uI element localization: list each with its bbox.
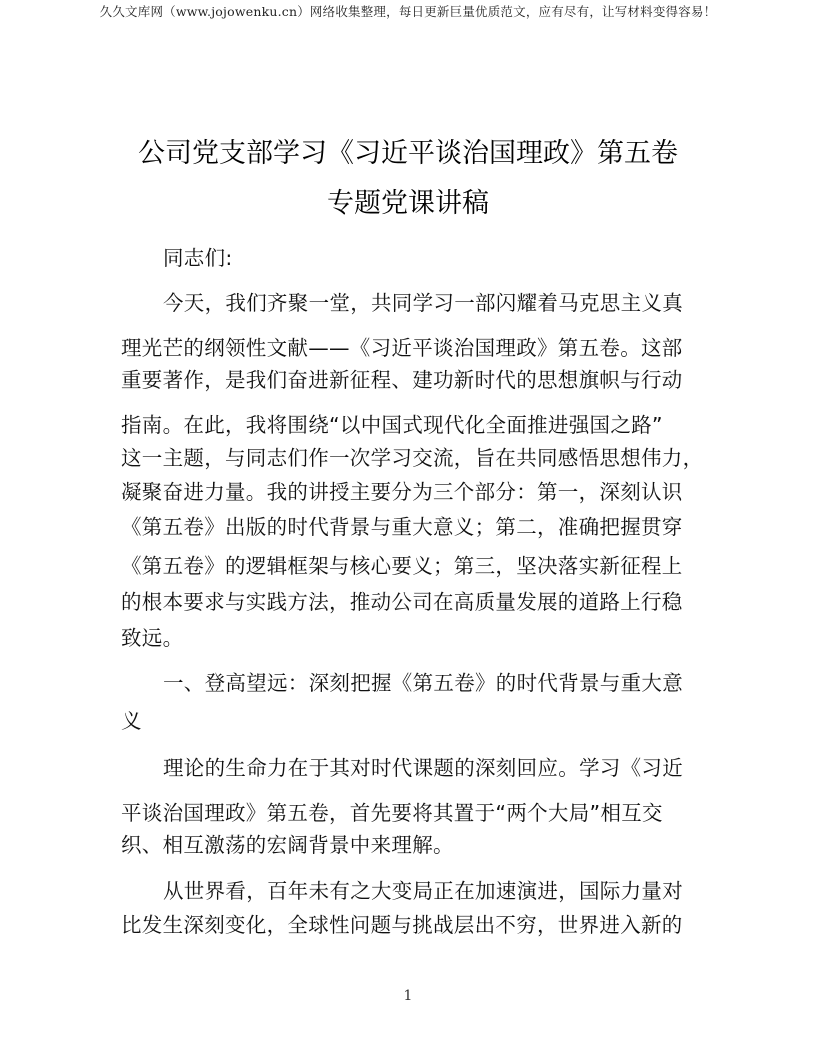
paragraph-line: 致远。 xyxy=(121,621,183,651)
header-banner: 久久文库网（www.jojowenku.cn）网络收集整理，每日更新巨量优质范文… xyxy=(0,2,816,20)
paragraph-line: 这一主题，与同志们作一次学习交流，旨在共同感悟思想伟力， xyxy=(121,441,703,471)
paragraph-line: 《第五卷》的逻辑框架与核心要义；第三，坚决落实新征程上 xyxy=(121,549,683,579)
paragraph-line: 织、相互激荡的宏阔背景中来理解。 xyxy=(121,828,454,858)
paragraph-line: 凝聚奋进力量。我的讲授主要分为三个部分：第一，深刻认识 xyxy=(121,475,683,505)
salutation: 同志们: xyxy=(163,241,233,271)
document-title-line-1: 公司党支部学习《习近平谈治国理政》第五卷 xyxy=(0,131,816,170)
paragraph-line: 重要著作，是我们奋进新征程、建功新时代的思想旗帜与行动 xyxy=(121,363,683,393)
paragraph-line: 理论的生命力在于其对时代课题的深刻回应。学习《习近 xyxy=(163,751,683,781)
paragraph-line: 今天，我们齐聚一堂，共同学习一部闪耀着马克思主义真 xyxy=(163,286,683,316)
page-number: 1 xyxy=(0,988,816,1004)
paragraph-line: 平谈治国理政》第五卷，首先要将其置于“两个大局”相互交 xyxy=(121,796,663,826)
paragraph-line: 从世界看，百年未有之大变局正在加速演进，国际力量对 xyxy=(163,874,683,904)
paragraph-line: 《第五卷》出版的时代背景与重大意义；第二，准确把握贯穿 xyxy=(121,510,683,540)
section-heading-line: 义 xyxy=(121,704,142,734)
document-title-line-2: 专题党课讲稿 xyxy=(0,181,816,220)
paragraph-line: 理光芒的纲领性文献——《习近平谈治国理政》第五卷。这部 xyxy=(121,331,683,361)
paragraph-line: 指南。在此，我将围绕“以中国式现代化全面推进强国之路” xyxy=(121,408,663,438)
section-heading-line: 一、登高望远：深刻把握《第五卷》的时代背景与重大意 xyxy=(163,666,683,696)
paragraph-line: 的根本要求与实践方法，推动公司在高质量发展的道路上行稳 xyxy=(121,585,683,615)
paragraph-line: 比发生深刻变化，全球性问题与挑战层出不穷，世界进入新的 xyxy=(121,908,683,938)
